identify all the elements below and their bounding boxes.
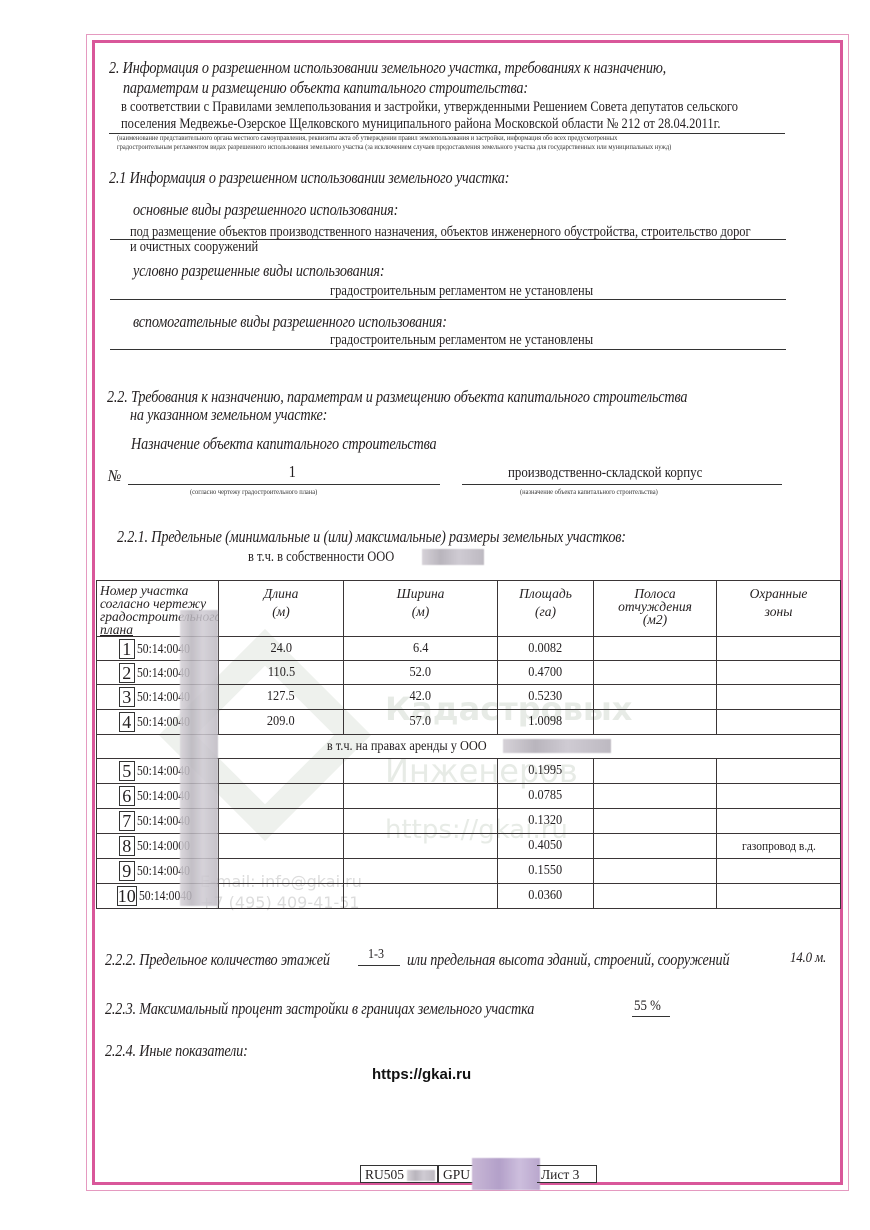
area-value: 0.1995 <box>529 763 563 779</box>
col-header-text: Длина <box>219 587 343 600</box>
number-sign: № <box>108 466 121 486</box>
height-value: 14.0 м. <box>790 950 826 967</box>
area-cell: 0.1995 <box>498 759 594 784</box>
strip-cell <box>594 759 717 784</box>
strip-cell <box>594 637 717 661</box>
area-value: 0.4700 <box>529 665 563 681</box>
building-percent-value: 55 % <box>634 998 661 1015</box>
width-cell: 52.0 <box>344 661 498 685</box>
website-link[interactable]: https://gkai.ru <box>372 1066 471 1083</box>
length-cell <box>219 859 344 884</box>
area-cell: 0.0785 <box>498 784 594 809</box>
floors-value: 1-3 <box>368 947 384 963</box>
col-header-text: (га) <box>498 605 593 618</box>
object-purpose-caption: (назначение объекта капитального строите… <box>520 488 658 496</box>
width-cell <box>344 884 498 909</box>
building-percent-underline <box>632 1016 670 1017</box>
area-cell: 0.0360 <box>498 884 594 909</box>
purpose-heading: Назначение объекта капитального строител… <box>131 434 436 454</box>
auxiliary-uses-underline <box>110 349 786 350</box>
section2-1-title: 2.1 Информация о разрешенном использован… <box>109 168 509 188</box>
zones-cell <box>717 809 841 834</box>
width-value: 6.4 <box>413 641 428 657</box>
area-cell: 0.5230 <box>498 685 594 710</box>
section2-title-line2: параметрам и размещению объекта капиталь… <box>123 78 528 98</box>
col-header-exclusion-strip: Полоса отчуждения (м2) <box>594 581 717 637</box>
length-value: 209.0 <box>267 714 295 730</box>
redacted-lessor-name <box>503 739 611 753</box>
col-header-text: (м) <box>219 605 343 618</box>
gpu-prefix: GPU <box>443 1167 470 1182</box>
length-value: 110.5 <box>267 665 294 681</box>
section2-2-title-line1: 2.2. Требования к назначению, параметрам… <box>107 387 687 407</box>
length-cell <box>219 834 344 859</box>
area-cell: 1.0098 <box>498 710 594 735</box>
strip-cell <box>594 661 717 685</box>
area-cell: 0.1320 <box>498 809 594 834</box>
col-header-area: Площадь (га) <box>498 581 594 637</box>
col-header-protected-zones: Охранные зоны <box>717 581 841 637</box>
length-value: 24.0 <box>270 641 292 657</box>
col-header-text: Ширина <box>344 587 497 600</box>
length-value: 127.5 <box>267 689 295 705</box>
width-cell: 42.0 <box>344 685 498 710</box>
zones-value: газопровод в.д. <box>742 838 816 854</box>
zones-cell <box>717 884 841 909</box>
area-value: 0.0082 <box>529 641 563 657</box>
lease-label: в т.ч. на правах аренды у ООО <box>327 739 487 755</box>
area-cell: 0.4050 <box>498 834 594 859</box>
area-value: 0.5230 <box>529 689 563 705</box>
footer-reg-number: RU505 <box>360 1165 438 1183</box>
width-cell: 57.0 <box>344 710 498 735</box>
conditional-uses-underline <box>110 299 786 300</box>
area-value: 0.0785 <box>529 788 563 804</box>
col-header-width: Ширина (м) <box>344 581 498 637</box>
zones-cell <box>717 637 841 661</box>
other-indicators-label: 2.2.4. Иные показатели: <box>105 1041 248 1061</box>
width-cell <box>344 834 498 859</box>
width-value: 52.0 <box>410 665 432 681</box>
zones-cell <box>717 859 841 884</box>
floors-label: 2.2.2. Предельное количество этажей <box>105 950 330 970</box>
building-percent-label: 2.2.3. Максимальный процент застройки в … <box>105 999 534 1019</box>
col-header-text: (м) <box>344 605 497 618</box>
zones-cell <box>717 759 841 784</box>
area-value: 0.1320 <box>529 813 563 829</box>
auxiliary-uses-label: вспомогательные виды разрешенного исполь… <box>133 312 447 332</box>
plot-number: 1 <box>119 639 135 659</box>
col-header-text: Площадь <box>498 587 593 600</box>
plot-number: 2 <box>119 663 135 683</box>
area-value: 1.0098 <box>529 714 563 730</box>
conditional-uses-value: градостроительным регламентом не установ… <box>330 283 593 300</box>
length-cell <box>219 784 344 809</box>
col-header-text: (м2) <box>594 613 716 626</box>
col-header-text: Охранные <box>717 587 840 600</box>
plot-number: 4 <box>119 712 135 732</box>
zones-cell <box>717 784 841 809</box>
width-cell <box>344 759 498 784</box>
area-value: 0.4050 <box>529 838 563 854</box>
strip-cell <box>594 685 717 710</box>
area-value: 0.1550 <box>529 863 563 879</box>
conditional-uses-label: условно разрешенные виды использования: <box>133 261 384 281</box>
area-cell: 0.0082 <box>498 637 594 661</box>
redacted-gpu-number <box>472 1158 540 1190</box>
plot-number: 6 <box>119 786 135 806</box>
plot-number: 5 <box>119 761 135 781</box>
width-cell: 6.4 <box>344 637 498 661</box>
length-cell <box>219 809 344 834</box>
auxiliary-uses-value: градостроительным регламентом не установ… <box>330 332 593 349</box>
area-cell: 0.1550 <box>498 859 594 884</box>
strip-cell <box>594 884 717 909</box>
plot-number: 7 <box>119 811 135 831</box>
strip-cell <box>594 834 717 859</box>
floors-underline <box>358 965 400 966</box>
col-header-text: зоны <box>717 605 840 618</box>
area-value: 0.0360 <box>529 888 563 904</box>
zones-cell <box>717 661 841 685</box>
width-cell <box>344 859 498 884</box>
width-value: 42.0 <box>410 689 432 705</box>
strip-cell <box>594 710 717 735</box>
zones-cell: газопровод в.д. <box>717 834 841 859</box>
section2-2-1-title: 2.2.1. Предельные (минимальные и (или) м… <box>117 527 626 547</box>
section2-basis-line1: в соответствии с Правилами землепользова… <box>121 99 738 116</box>
object-number: 1 <box>289 462 296 482</box>
main-uses-label: основные виды разрешенного использования… <box>133 200 398 220</box>
zones-cell <box>717 685 841 710</box>
zones-cell <box>717 710 841 735</box>
object-purpose-underline <box>462 484 782 485</box>
width-value: 57.0 <box>410 714 432 730</box>
section2-note-line2: градостроительным регламентом видах разр… <box>117 143 671 151</box>
length-cell: 127.5 <box>219 685 344 710</box>
main-uses-value-line2: и очистных сооружений <box>130 239 258 256</box>
section2-2-title-line2: на указанном земельном участке: <box>130 405 327 425</box>
footer-sheet: Лист 3 <box>537 1165 597 1183</box>
width-cell <box>344 809 498 834</box>
object-purpose: производственно-складской корпус <box>508 465 702 482</box>
strip-cell <box>594 859 717 884</box>
plot-number: 10 <box>117 886 137 906</box>
ownership-label: в т.ч. в собственности ООО <box>248 549 394 566</box>
length-cell: 110.5 <box>219 661 344 685</box>
length-cell <box>219 884 344 909</box>
height-label: или предельная высота зданий, строений, … <box>407 950 729 970</box>
redacted-cadastral-numbers <box>180 610 218 906</box>
plot-number: 8 <box>119 836 135 856</box>
area-cell: 0.4700 <box>498 661 594 685</box>
plot-number: 9 <box>119 861 135 881</box>
redacted-owner-name <box>422 549 484 565</box>
object-number-caption: (согласно чертежу градостроительного пла… <box>190 488 317 496</box>
section2-note-line1: (наименование представительного органа м… <box>117 134 617 142</box>
length-cell: 24.0 <box>219 637 344 661</box>
reg-number-prefix: RU505 <box>365 1167 404 1182</box>
plot-number: 3 <box>119 687 135 707</box>
length-cell <box>219 759 344 784</box>
strip-cell <box>594 784 717 809</box>
length-cell: 209.0 <box>219 710 344 735</box>
object-number-underline <box>128 484 440 485</box>
section2-title-line1: 2. Информация о разрешенном использовани… <box>109 58 666 78</box>
strip-cell <box>594 809 717 834</box>
redacted-reg-number <box>407 1170 435 1181</box>
section2-basis-line2: поселения Медвежье-Озерское Щелковского … <box>121 116 720 133</box>
col-header-length: Длина (м) <box>219 581 344 637</box>
width-cell <box>344 784 498 809</box>
sheet-label: Лист 3 <box>541 1167 579 1182</box>
